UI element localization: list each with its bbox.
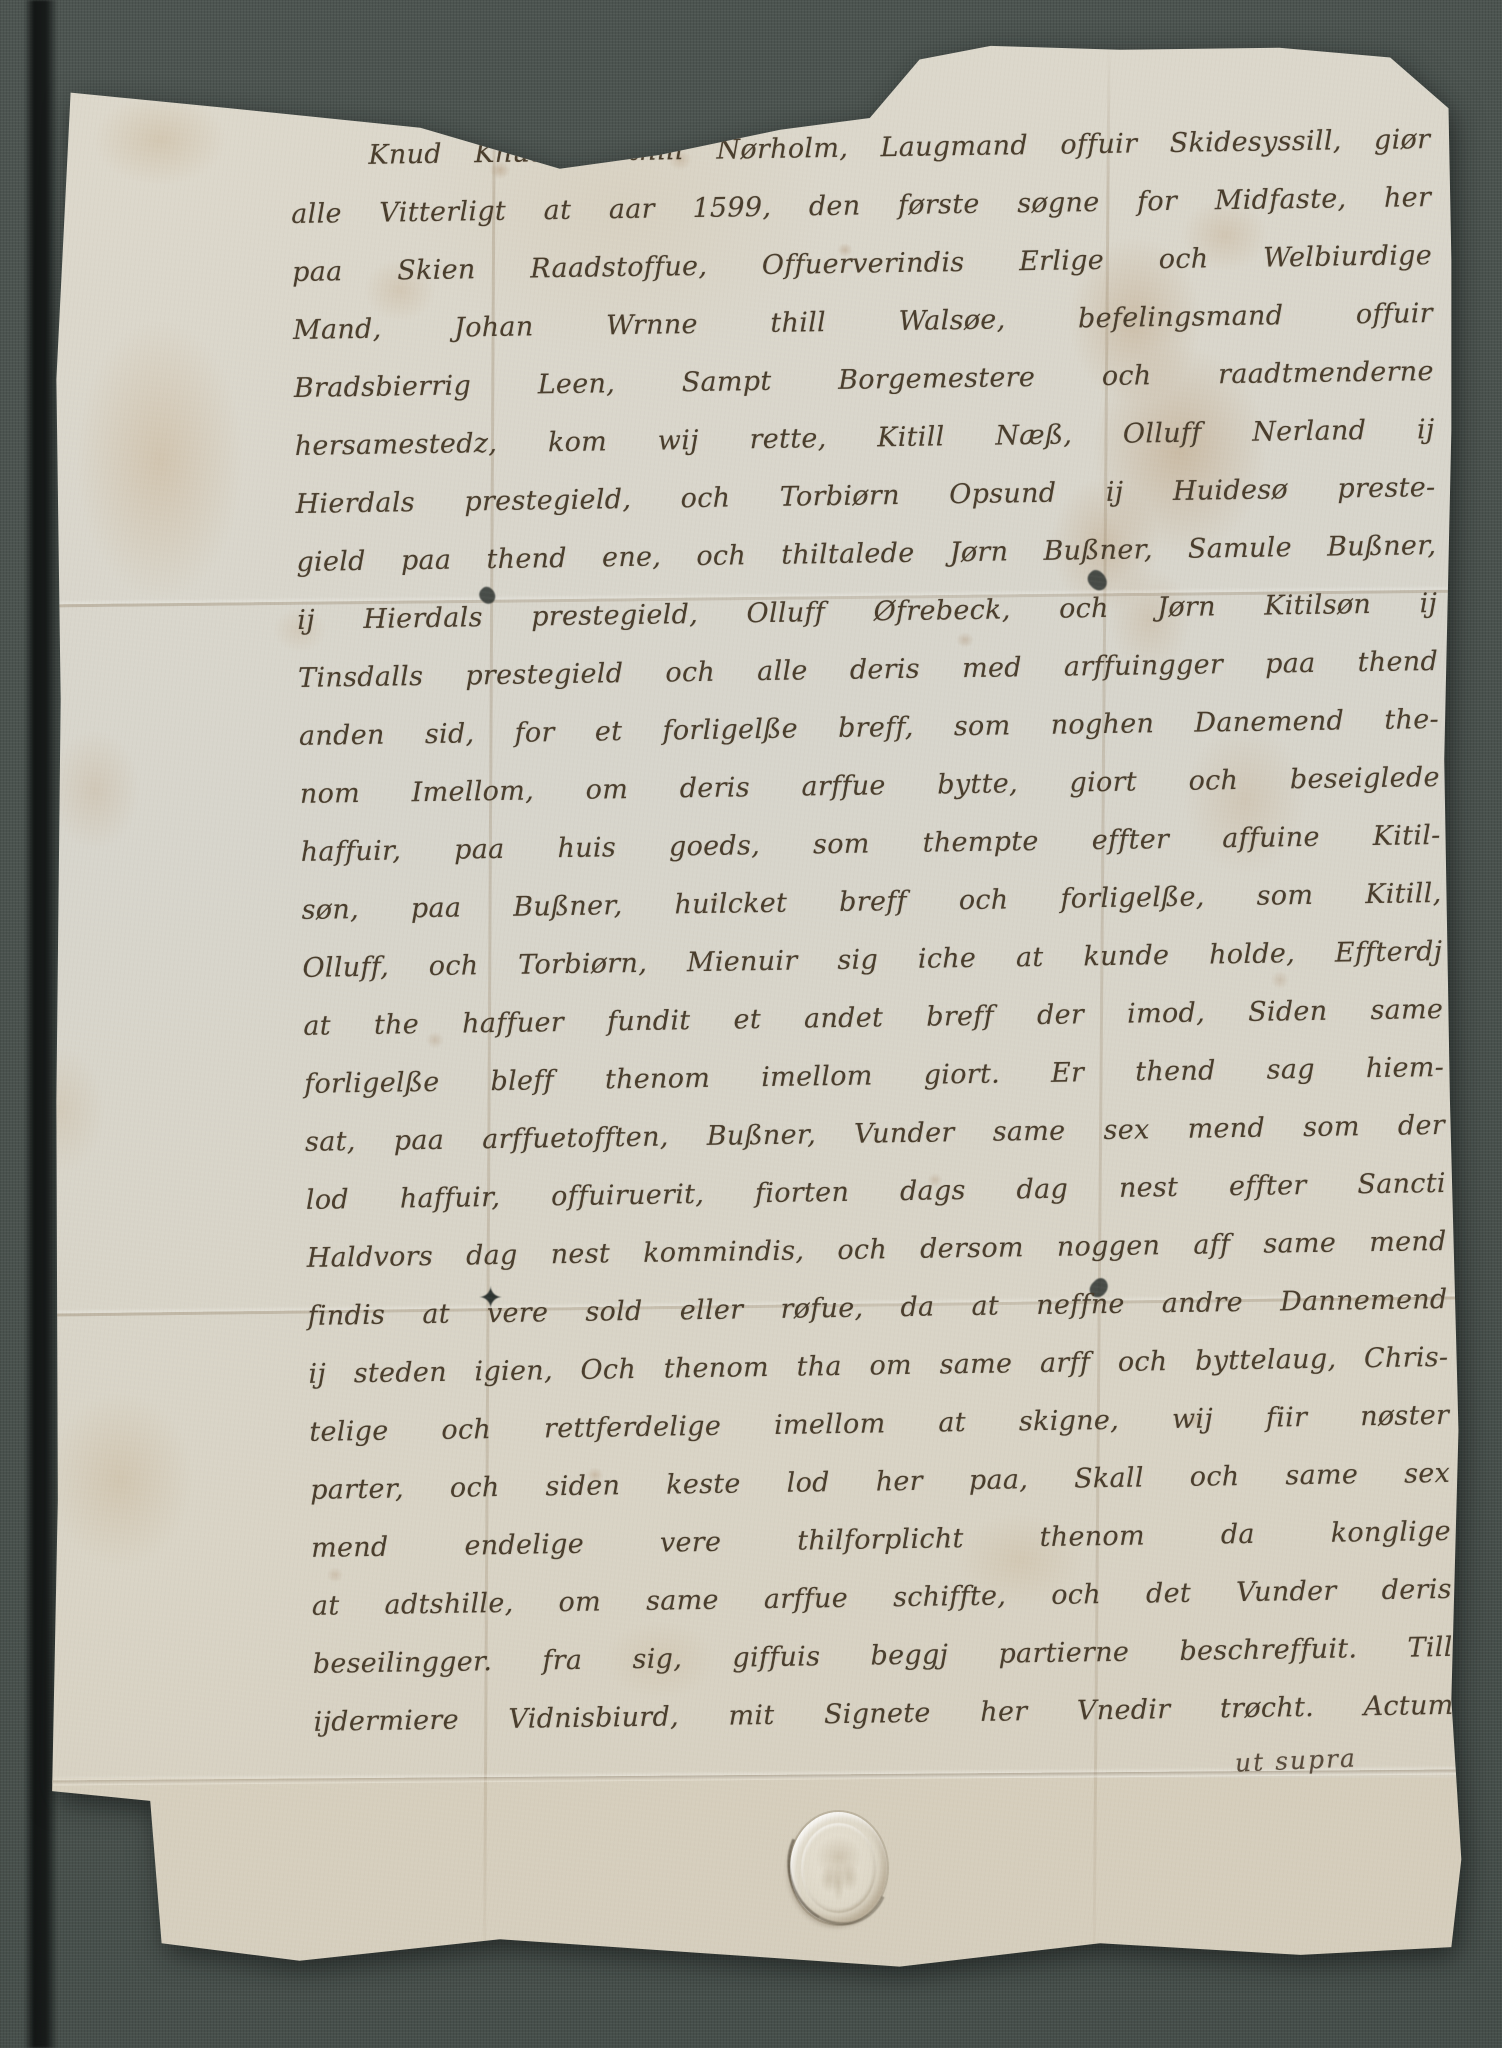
manuscript-page-wrapper: ✦ Knud Knudsøn thill Nørholm, Laugmand o… [0, 0, 1502, 2048]
archive-photo-background: ✦ Knud Knudsøn thill Nørholm, Laugmand o… [0, 0, 1502, 2048]
closing-note: ut supra [1234, 1743, 1357, 1777]
embossed-seal-icon [790, 1812, 887, 1924]
manuscript-text-block: Knud Knudsøn thill Nørholm, Laugmand off… [290, 111, 1454, 1752]
manuscript-page: ✦ Knud Knudsøn thill Nørholm, Laugmand o… [45, 40, 1467, 1990]
bottom-flap-shading [45, 1778, 1467, 1990]
